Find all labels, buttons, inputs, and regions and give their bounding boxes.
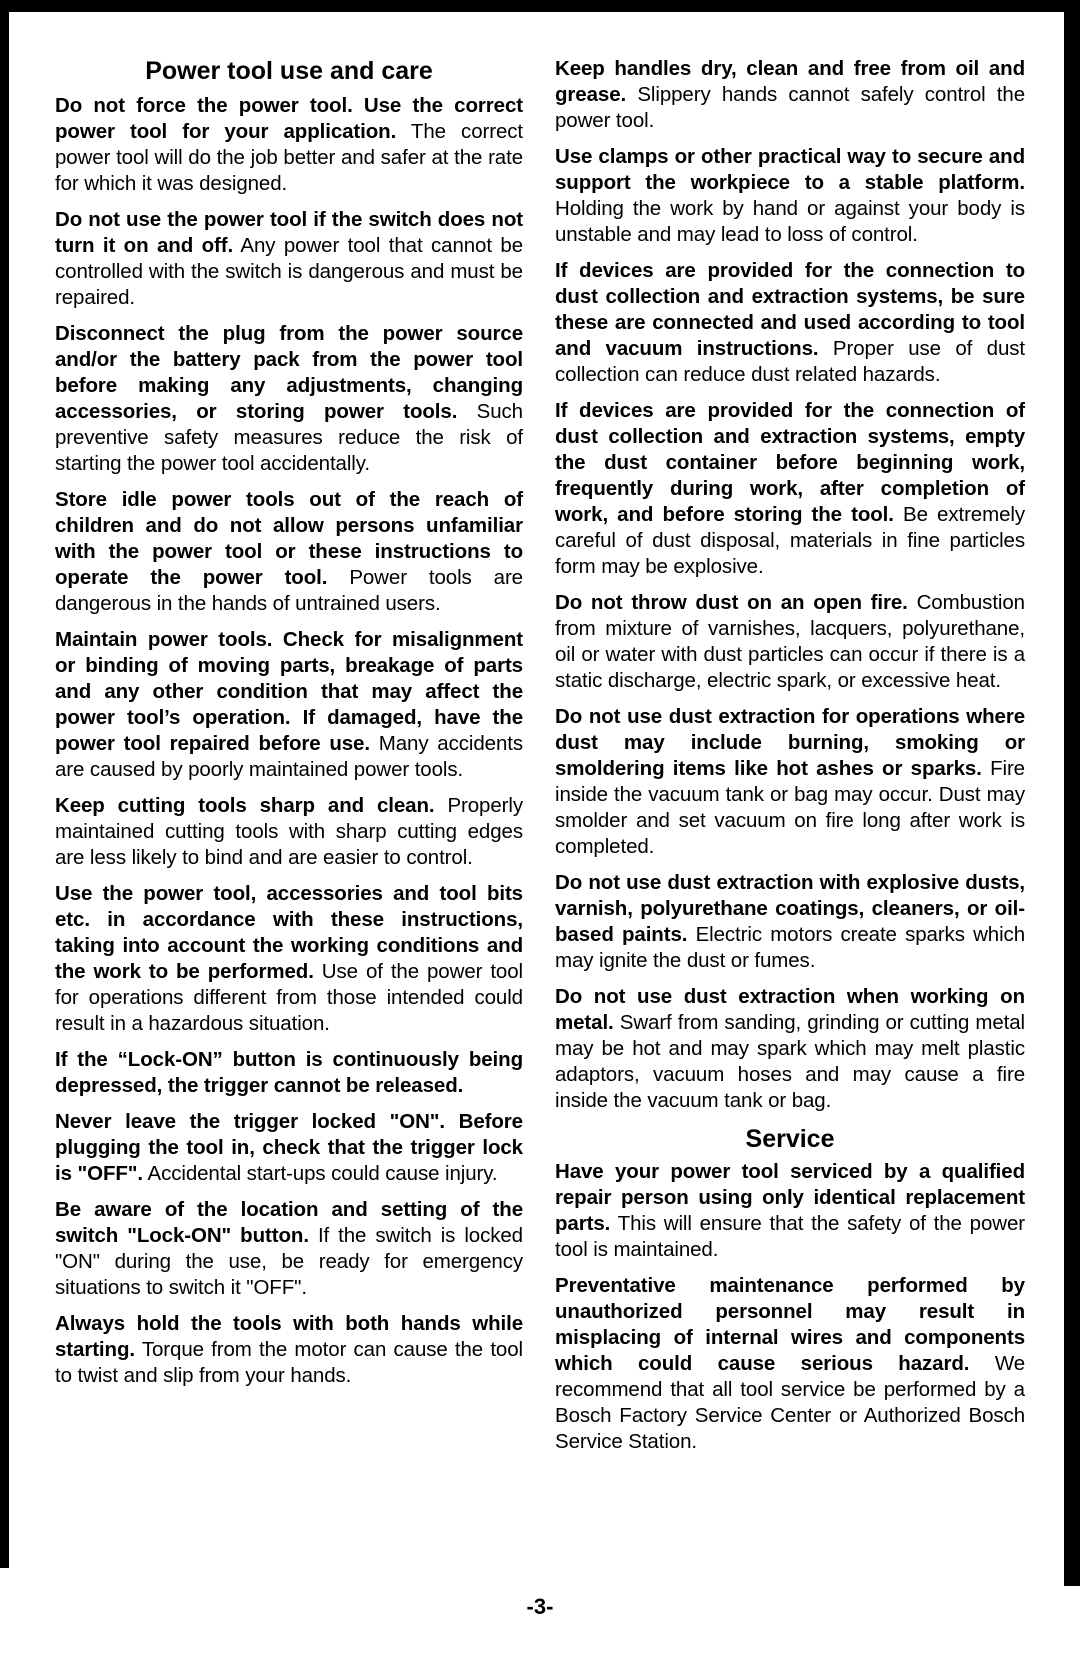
safety-paragraph: Do not use dust extraction when working … xyxy=(555,984,1025,1114)
paragraph-body-text: Holding the work by hand or against your… xyxy=(555,197,1025,246)
safety-paragraph: Do not use dust extraction for operation… xyxy=(555,704,1025,860)
safety-paragraph: If devices are provided for the connecti… xyxy=(555,258,1025,388)
section-heading-service: Service xyxy=(555,1124,1025,1154)
scan-border-top xyxy=(0,0,1080,12)
safety-paragraph: Always hold the tools with both hands wh… xyxy=(55,1311,523,1389)
two-column-text-layout: Power tool use and care Do not force the… xyxy=(55,56,1025,1465)
paragraph-body-text: Swarf from sanding, grinding or cutting … xyxy=(555,1011,1025,1112)
scan-border-left xyxy=(0,0,9,1568)
safety-paragraph: Do not use dust extraction with explosiv… xyxy=(555,870,1025,974)
safety-paragraph: If the “Lock-ON” button is continuously … xyxy=(55,1047,523,1099)
safety-paragraph: Preventative maintenance performed by un… xyxy=(555,1273,1025,1455)
scan-border-right xyxy=(1064,0,1080,1586)
safety-paragraph: Do not throw dust on an open fire. Combu… xyxy=(555,590,1025,694)
safety-paragraph: Do not use the power tool if the switch … xyxy=(55,207,523,311)
safety-paragraph: Maintain power tools. Check for misalign… xyxy=(55,627,523,783)
safety-paragraph: If devices are provided for the connecti… xyxy=(555,398,1025,580)
safety-paragraph: Store idle power tools out of the reach … xyxy=(55,487,523,617)
paragraph-lead-bold: Preventative maintenance performed by un… xyxy=(555,1274,1025,1375)
paragraph-body-text: Accidental start-ups could cause injury. xyxy=(148,1162,498,1185)
left-column: Power tool use and care Do not force the… xyxy=(55,56,523,1465)
safety-paragraph: Have your power tool serviced by a quali… xyxy=(555,1159,1025,1263)
paragraph-body-text: This will ensure that the safety of the … xyxy=(555,1212,1025,1261)
safety-paragraph: Keep handles dry, clean and free from oi… xyxy=(555,56,1025,134)
safety-paragraph: Keep cutting tools sharp and clean. Prop… xyxy=(55,793,523,871)
section-heading-power-tool-use-and-care: Power tool use and care xyxy=(55,56,523,86)
safety-paragraph: Use clamps or other practical way to sec… xyxy=(555,144,1025,248)
paragraph-lead-bold: Disconnect the plug from the power sourc… xyxy=(55,322,523,423)
safety-paragraph: Never leave the trigger locked "ON". Bef… xyxy=(55,1109,523,1187)
right-column: Keep handles dry, clean and free from oi… xyxy=(555,56,1025,1465)
safety-paragraph: Disconnect the plug from the power sourc… xyxy=(55,321,523,477)
paragraph-lead-bold: Keep cutting tools sharp and clean. xyxy=(55,794,435,817)
safety-paragraph: Do not force the power tool. Use the cor… xyxy=(55,93,523,197)
paragraph-body-text: Slippery hands cannot safely control the… xyxy=(555,83,1025,132)
safety-paragraph: Be aware of the location and setting of … xyxy=(55,1197,523,1301)
page-number: -3- xyxy=(0,1594,1080,1620)
paragraph-lead-bold: Do not throw dust on an open fire. xyxy=(555,591,908,614)
paragraph-lead-bold: Do not use dust extraction for operation… xyxy=(555,705,1025,780)
safety-paragraph: Use the power tool, accessories and tool… xyxy=(55,881,523,1037)
paragraph-lead-bold: If the “Lock-ON” button is continuously … xyxy=(55,1048,523,1097)
paragraph-lead-bold: Use clamps or other practical way to sec… xyxy=(555,145,1025,194)
